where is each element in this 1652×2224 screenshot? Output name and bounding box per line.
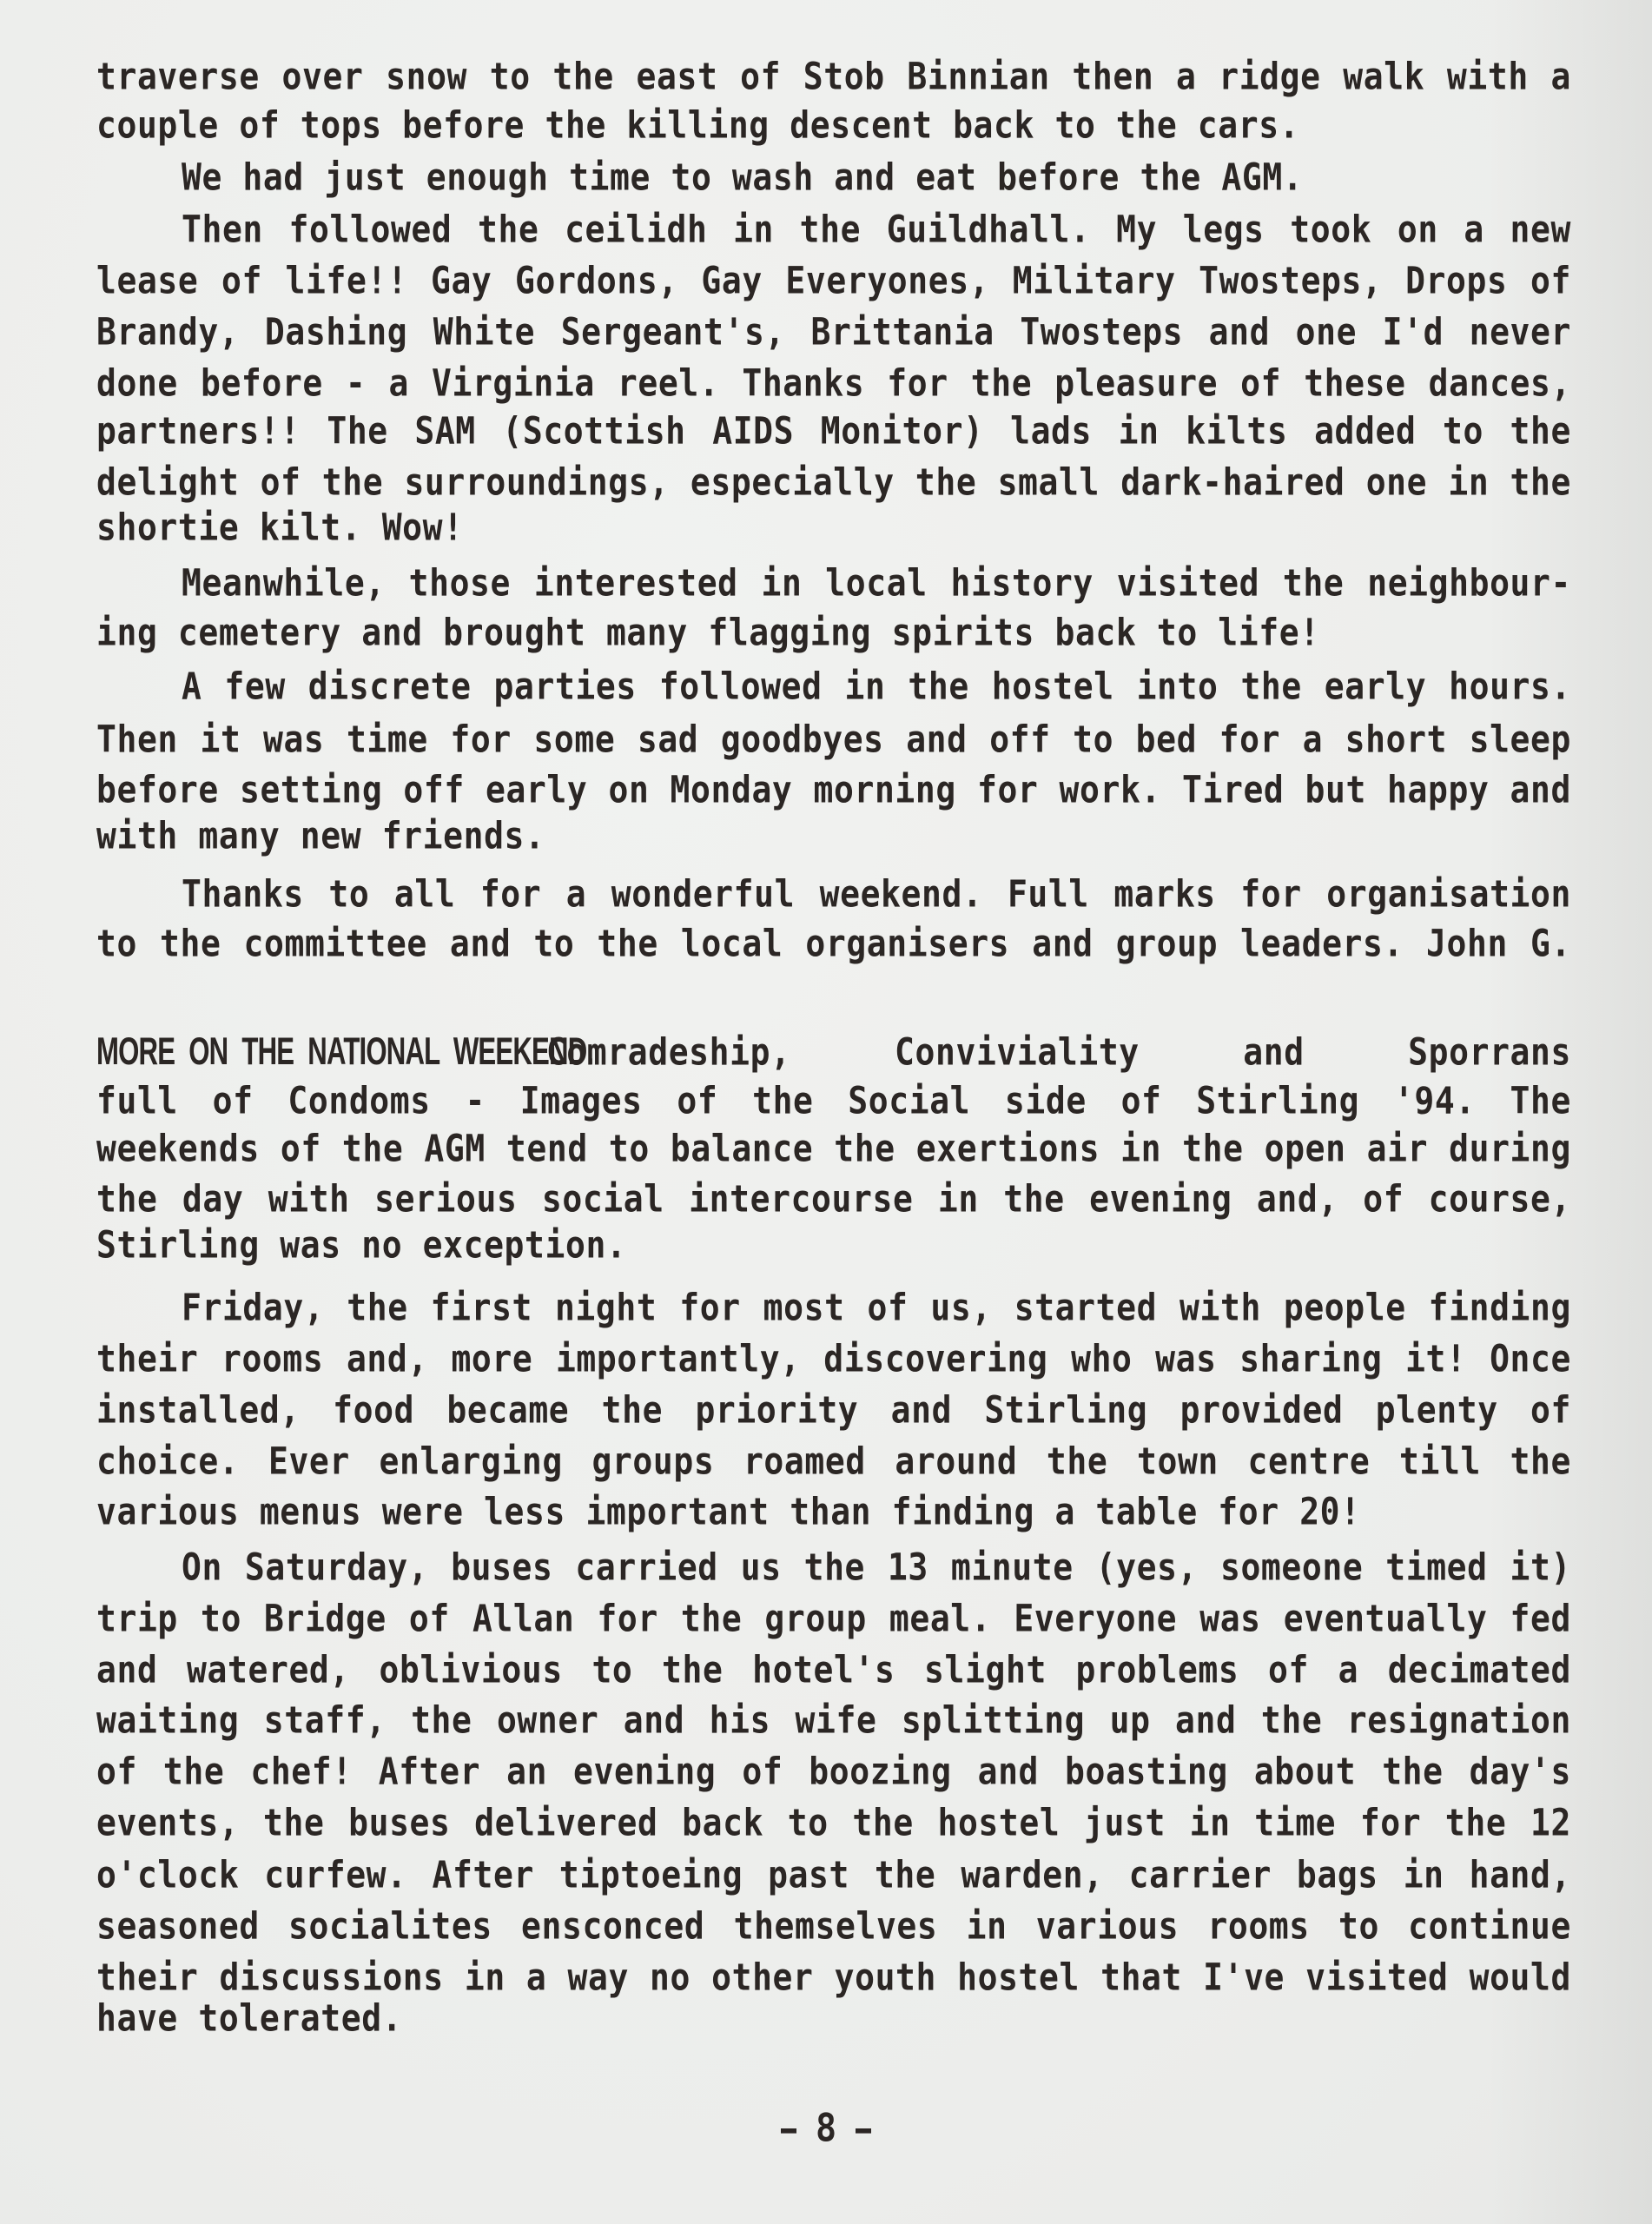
text-line: o'clock curfew. After tiptoeing past the… [96,1850,1571,1899]
page-number-dash-right [856,2128,871,2133]
text-line: Brandy, Dashing White Sergeant's, Britta… [96,308,1571,356]
section-heading-line: MORE ON THE NATIONAL WEEKEND.Comradeship… [96,1028,1571,1076]
text-line: installed, food became the priority and … [96,1386,1571,1434]
text-line: shortie kilt. Wow! [96,503,1571,552]
text-line: seasoned socialites ensconced themselves… [96,1902,1571,1950]
text-line: done before - a Virginia reel. Thanks fo… [96,359,1571,407]
text-line: have tolerated. [96,1994,1571,2042]
text-line: their rooms and, more importantly, disco… [96,1334,1571,1383]
text-line: events, the buses delivered back to the … [96,1798,1571,1847]
text-line: to the committee and to the local organi… [96,919,1571,968]
text-line: Then it was time for some sad goodbyes a… [96,715,1571,764]
text-line: lease of life!! Gay Gordons, Gay Everyon… [96,256,1571,305]
text-line: the day with serious social intercourse … [96,1175,1571,1223]
text-line: weekends of the AGM tend to balance the … [96,1124,1571,1173]
text-line: A few discrete parties followed in the h… [96,662,1571,711]
page-number-dash-left [781,2128,796,2133]
text-line: On Saturday, buses carried us the 13 min… [96,1543,1571,1592]
text-line: Thanks to all for a wonderful weekend. F… [96,870,1571,918]
text-line: Friday, the first night for most of us, … [96,1283,1571,1332]
text-line: trip to Bridge of Allan for the group me… [96,1594,1571,1643]
text-line: couple of tops before the killing descen… [96,101,1571,149]
text-line: before setting off early on Monday morni… [96,765,1571,814]
text-line: full of Condoms - Images of the Social s… [96,1076,1571,1125]
text-line: choice. Ever enlarging groups roamed aro… [96,1437,1571,1486]
text-line: various menus were less important than f… [96,1487,1571,1536]
text-line: partners!! The SAM (Scottish AIDS Monito… [96,407,1571,455]
section-heading: MORE ON THE NATIONAL WEEKEND. [96,1027,593,1078]
text-line: of the chef! After an evening of boozing… [96,1747,1571,1796]
page-number: 8 [0,2104,1652,2153]
text-line: waiting staff, the owner and his wife sp… [96,1696,1571,1744]
text-line: and watered, oblivious to the hotel's sl… [96,1645,1571,1694]
heading-line-text: Comradeship, Conviviality and Sporrans [546,1028,1571,1076]
text-line: Then followed the ceilidh in the Guildha… [96,205,1571,254]
text-line: with many new friends. [96,811,1571,860]
text-line: We had just enough time to wash and eat … [96,153,1571,202]
text-line: traverse over snow to the east of Stob B… [96,52,1571,101]
text-line: delight of the surroundings, especially … [96,458,1571,506]
page-number-value: 8 [816,2106,836,2151]
text-line: Meanwhile, those interested in local his… [96,559,1571,607]
text-line: ing cemetery and brought many flagging s… [96,608,1571,657]
text-line: Stirling was no exception. [96,1221,1571,1269]
